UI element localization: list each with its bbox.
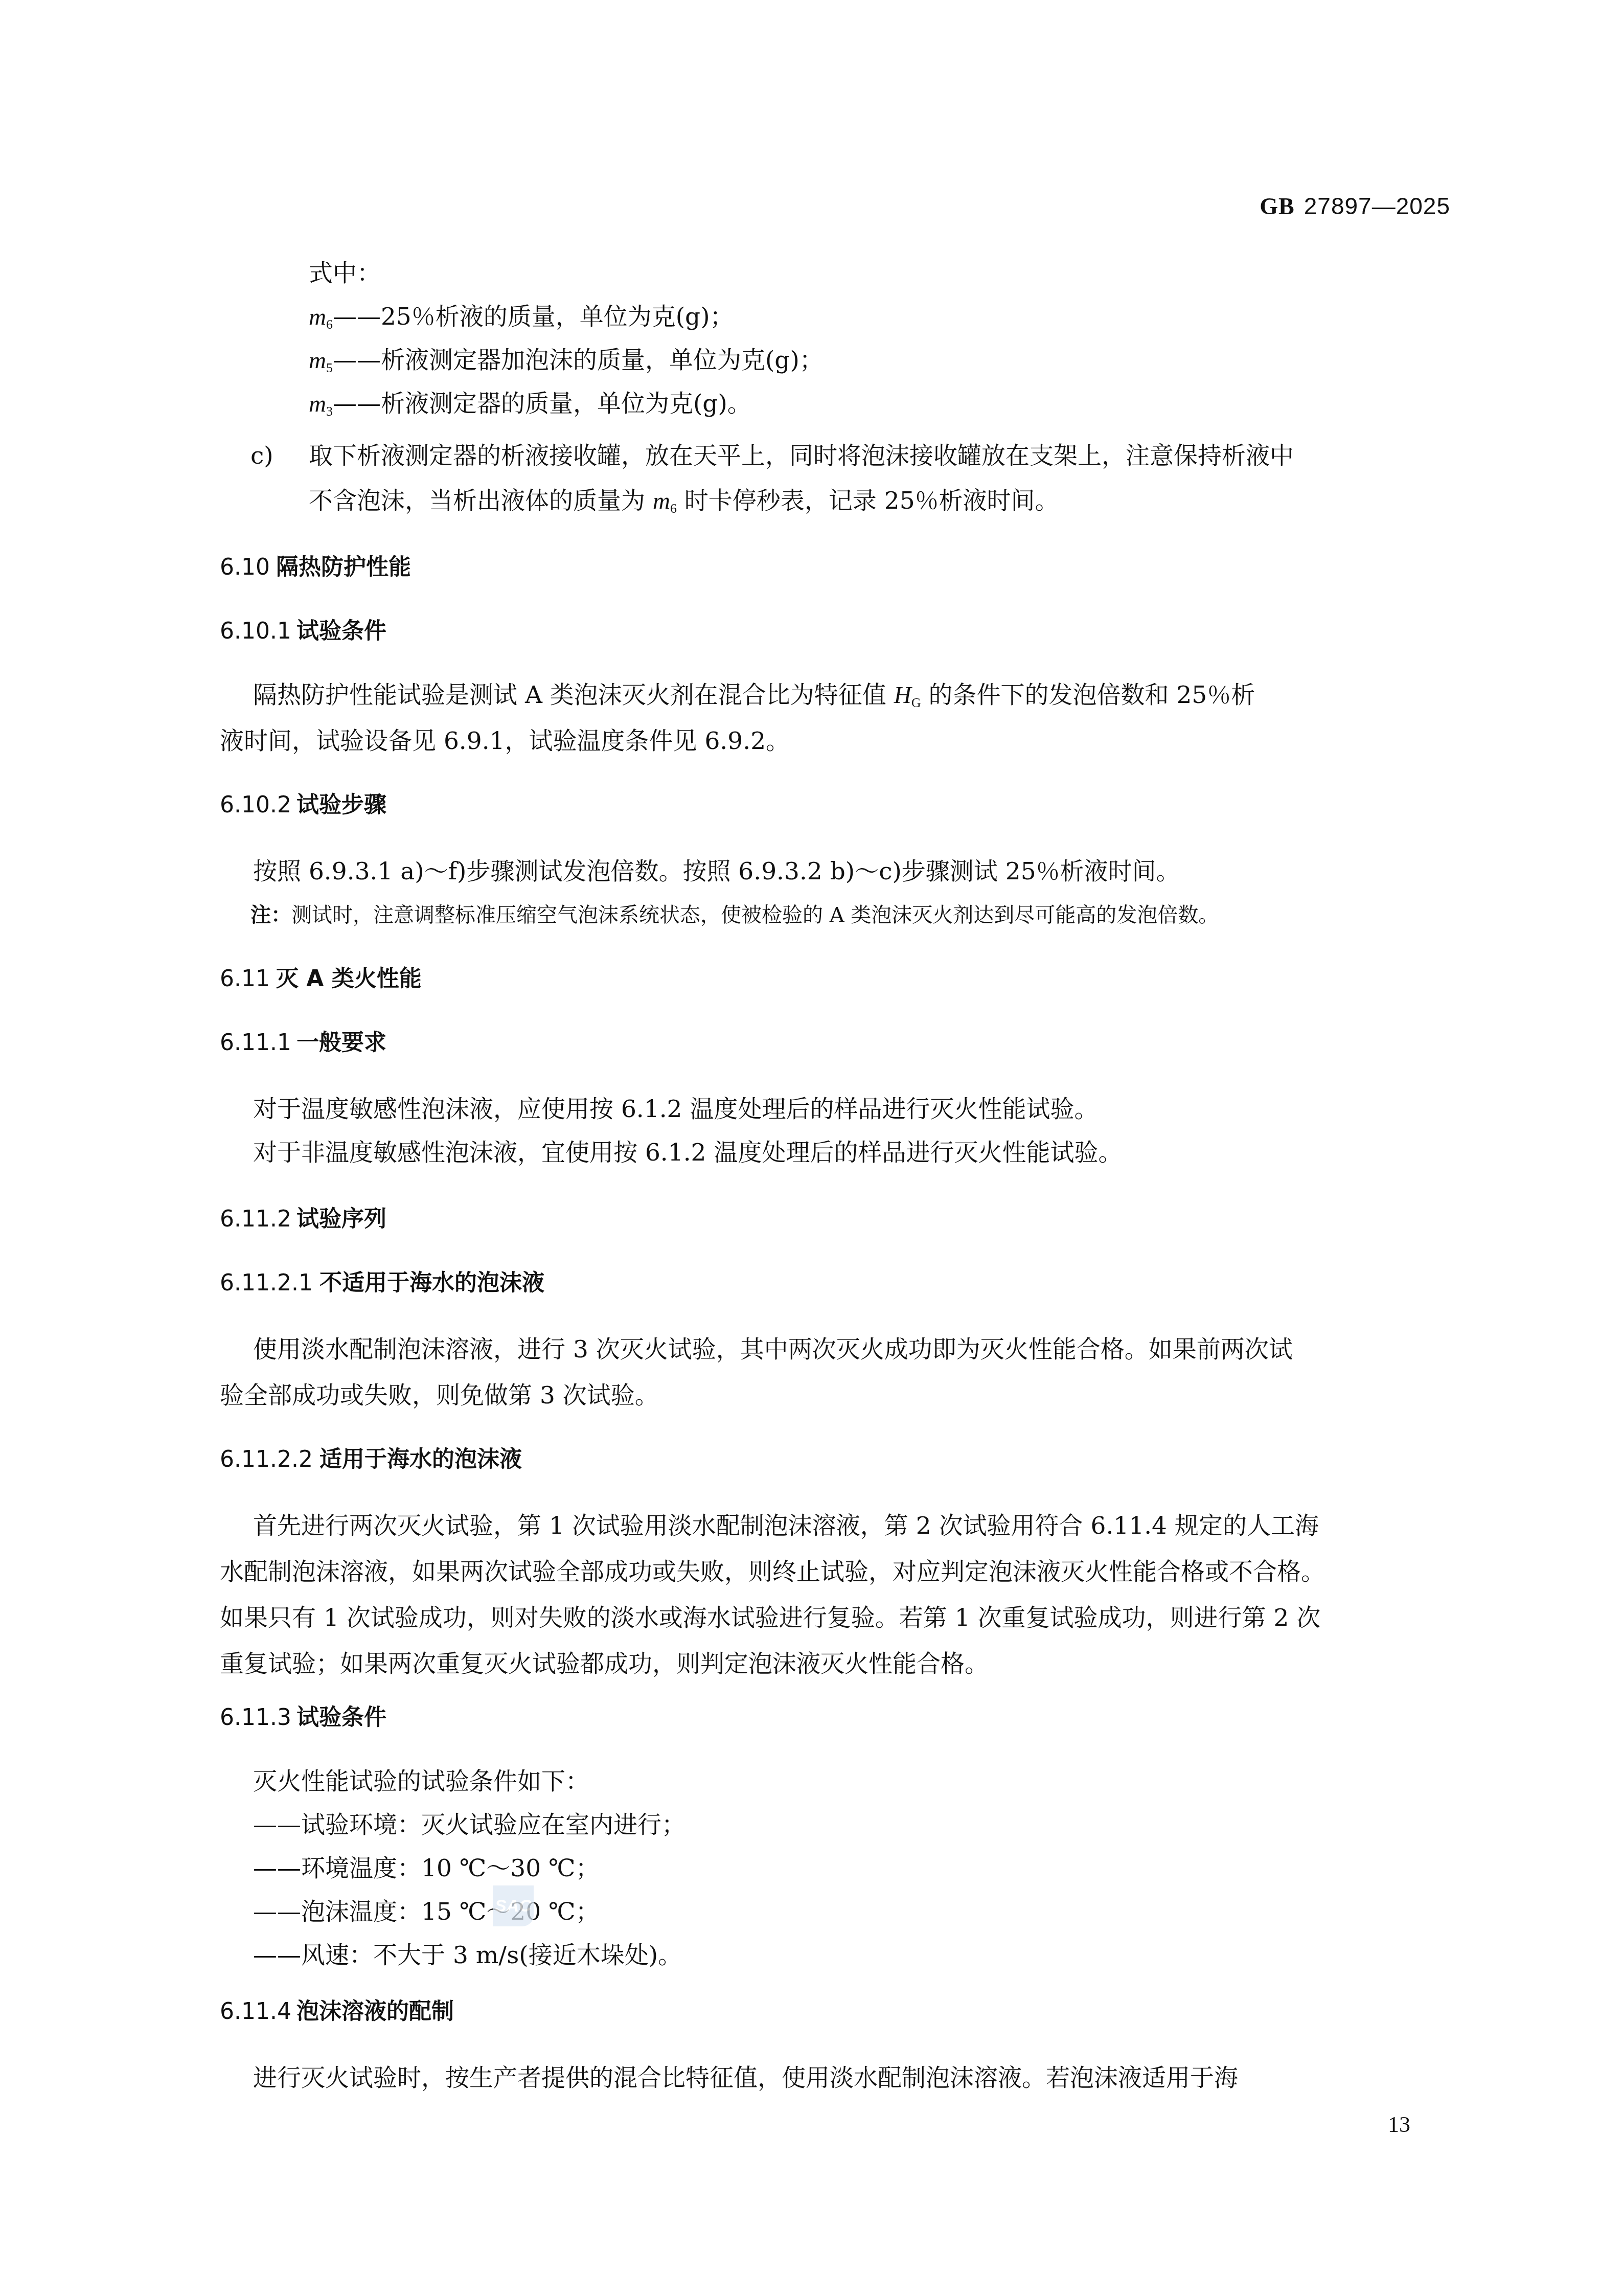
standard-prefix: GB xyxy=(1260,193,1294,219)
legend-desc: ——25％析液的质量，单位为克(g)； xyxy=(333,303,734,331)
heading-6-11-2: 6.11.2试验序列 xyxy=(220,1204,386,1235)
step-c-label: c) xyxy=(250,441,273,471)
condition-item-ambient-temperature: ——环境温度：10 ℃～30 ℃； xyxy=(253,1853,600,1884)
paragraph-6-10-2: 按照 6.9.3.1 a)～f)步骤测试发泡倍数。按照 6.9.3.2 b)～c… xyxy=(253,856,1180,887)
step-c-line-1: 取下析液测定器的析液接收罐，放在天平上，同时将泡沫接收罐放在支架上，注意保持析液… xyxy=(309,441,1294,471)
heading-6-11-1: 6.11.1一般要求 xyxy=(220,1028,386,1058)
legend-desc: ——析液测定器的质量，单位为克(g)。 xyxy=(333,390,751,418)
condition-item-foam-temperature: ——泡沫温度：15 ℃～20 ℃； xyxy=(253,1897,600,1927)
conditions-intro: 灭火性能试验的试验条件如下： xyxy=(253,1766,589,1797)
paragraph-6-11-2-2-line-3: 如果只有 1 次试验成功，则对失败的淡水或海水试验进行复验。若第 1 次重复试验… xyxy=(220,1603,1320,1633)
legend-item-m6: m6——25％析液的质量，单位为克(g)； xyxy=(309,302,734,340)
formula-legend-intro: 式中： xyxy=(309,258,381,289)
paragraph-6-11-1-1: 对于温度敏感性泡沫液，应使用按 6.1.2 温度处理后的样品进行灭火性能试验。 xyxy=(253,1094,1098,1125)
paragraph-6-10-1-line-1: 隔热防护性能试验是测试 A 类泡沫灭火剂在混合比为特征值 HG 的条件下的发泡倍… xyxy=(253,680,1255,718)
variable-m3: m3 xyxy=(309,391,333,417)
heading-6-11: 6.11灭 A 类火性能 xyxy=(220,964,422,994)
variable-hg: HG xyxy=(894,682,921,709)
paragraph-6-11-2-1-line-1: 使用淡水配制泡沫溶液，进行 3 次灭火试验，其中两次灭火成功即为灭火性能合格。如… xyxy=(253,1334,1293,1365)
variable-m6: m6 xyxy=(309,304,333,330)
document-page: GB27897—2025 式中： m6——25％析液的质量，单位为克(g)； m… xyxy=(0,0,1623,2296)
legend-item-m3: m3——析液测定器的质量，单位为克(g)。 xyxy=(309,389,751,427)
condition-item-wind-speed: ——风速：不大于 3 m/s(接近木垛处)。 xyxy=(253,1940,682,1971)
step-c-line-2: 不含泡沫，当析出液体的质量为 m6 时卡停秒表，记录 25％析液时间。 xyxy=(309,486,1059,524)
heading-6-11-2-1: 6.11.2.1不适用于海水的泡沫液 xyxy=(220,1268,544,1299)
paragraph-6-11-2-2-line-2: 水配制泡沫溶液，如果两次试验全部成功或失败，则终止试验，对应判定泡沫液灭火性能合… xyxy=(220,1557,1325,1587)
sac-watermark-logo: SAC xyxy=(493,1885,534,1926)
legend-item-m5: m5——析液测定器加泡沫的质量，单位为克(g)； xyxy=(309,345,824,383)
heading-6-11-2-2: 6.11.2.2适用于海水的泡沫液 xyxy=(220,1444,522,1475)
page-number: 13 xyxy=(1388,2111,1410,2138)
heading-6-10-2: 6.10.2试验步骤 xyxy=(220,790,386,821)
variable-m6: m6 xyxy=(653,488,677,514)
heading-6-10-1: 6.10.1试验条件 xyxy=(220,616,386,647)
note-6-10-2: 注：测试时，注意调整标准压缩空气泡沫系统状态，使被检验的 A 类泡沫灭火剂达到尽… xyxy=(250,900,1219,930)
paragraph-6-11-4-line-1: 进行灭火试验时，按生产者提供的混合比特征值，使用淡水配制泡沫溶液。若泡沫液适用于… xyxy=(253,2063,1238,2094)
paragraph-6-10-1-line-2: 液时间，试验设备见 6.9.1，试验温度条件见 6.9.2。 xyxy=(220,726,790,757)
note-label: 注： xyxy=(250,903,291,927)
heading-6-11-3: 6.11.3试验条件 xyxy=(220,1702,386,1733)
standard-number: 27897—2025 xyxy=(1304,193,1450,219)
standard-code-header: GB27897—2025 xyxy=(1260,192,1450,220)
condition-item-environment: ——试验环境：灭火试验应在室内进行； xyxy=(253,1810,685,1840)
paragraph-6-11-2-1-line-2: 验全部成功或失败，则免做第 3 次试验。 xyxy=(220,1380,659,1411)
note-text: 测试时，注意调整标准压缩空气泡沫系统状态，使被检验的 A 类泡沫灭火剂达到尽可能… xyxy=(291,903,1219,927)
paragraph-6-11-2-2-line-4: 重复试验；如果两次重复灭火试验都成功，则判定泡沫液灭火性能合格。 xyxy=(220,1649,989,1679)
heading-6-10: 6.10隔热防护性能 xyxy=(220,552,411,583)
paragraph-6-11-1-2: 对于非温度敏感性泡沫液，宜使用按 6.1.2 温度处理后的样品进行灭火性能试验。 xyxy=(253,1138,1122,1168)
variable-m5: m5 xyxy=(309,347,333,374)
paragraph-6-11-2-2-line-1: 首先进行两次灭火试验，第 1 次试验用淡水配制泡沫溶液，第 2 次试验用符合 6… xyxy=(253,1511,1319,1541)
legend-desc: ——析液测定器加泡沫的质量，单位为克(g)； xyxy=(333,346,824,374)
heading-6-11-4: 6.11.4泡沫溶液的配制 xyxy=(220,1996,454,2027)
